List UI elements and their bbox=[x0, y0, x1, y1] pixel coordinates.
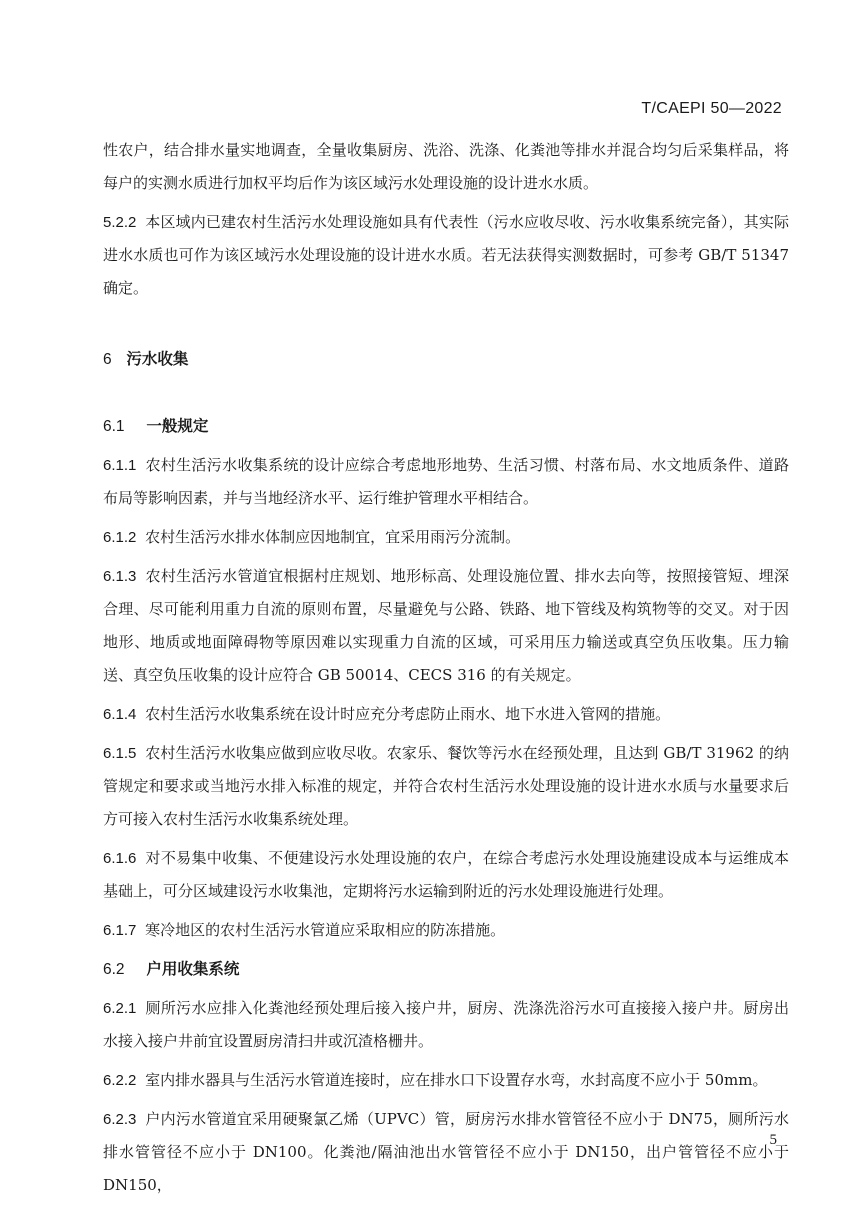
page-number: 5 bbox=[770, 1132, 778, 1149]
clause-text: 本区域内已建农村生活污水处理设施如具有代表性（污水应收尽收、污水收集系统完备），… bbox=[103, 213, 789, 297]
clause-text: 对不易集中收集、不便建设污水处理设施的农户，在综合考虑污水处理设施建设成本与运维… bbox=[103, 849, 789, 900]
clause-6-1-3: 6.1.3 农村生活污水管道宜根据村庄规划、地形标高、处理设施位置、排水去向等，… bbox=[103, 560, 789, 692]
document-body: 性农户，结合排水量实地调查，全量收集厨房、洗浴、洗涤、化粪池等排水并混合均匀后采… bbox=[103, 134, 789, 1208]
clause-6-1-4: 6.1.4 农村生活污水收集系统在设计时应充分考虑防止雨水、地下水进入管网的措施… bbox=[103, 698, 789, 731]
section-title: 一般规定 bbox=[146, 417, 208, 435]
clause-text: 寒冷地区的农村生活污水管道应采取相应的防冻措施。 bbox=[145, 921, 505, 939]
clause-text: 农村生活污水排水体制应因地制宜，宜采用雨污分流制。 bbox=[145, 528, 520, 546]
clause-number: 6.1.1 bbox=[103, 457, 136, 474]
clause-6-1-6: 6.1.6 对不易集中收集、不便建设污水处理设施的农户，在综合考虑污水处理设施建… bbox=[103, 842, 789, 908]
section-title: 户用收集系统 bbox=[146, 960, 239, 978]
clause-number: 6.1.4 bbox=[103, 706, 136, 723]
clause-number: 6.1.2 bbox=[103, 529, 136, 546]
clause-text: 厕所污水应排入化粪池经预处理后接入接户井，厨房、洗涤洗浴污水可直接接入接户井。厨… bbox=[103, 999, 789, 1050]
continuation-paragraph: 性农户，结合排水量实地调查，全量收集厨房、洗浴、洗涤、化粪池等排水并混合均匀后采… bbox=[103, 134, 789, 200]
clause-5-2-2: 5.2.2 本区域内已建农村生活污水处理设施如具有代表性（污水应收尽收、污水收集… bbox=[103, 206, 789, 305]
section-heading-6-1: 6.1 一般规定 bbox=[103, 410, 789, 443]
section-heading-6-2: 6.2 户用收集系统 bbox=[103, 953, 789, 986]
section-heading-6: 6 污水收集 bbox=[103, 343, 789, 376]
clause-6-2-2: 6.2.2 室内排水器具与生活污水管道连接时，应在排水口下设置存水弯，水封高度不… bbox=[103, 1064, 789, 1097]
clause-number: 6.1.7 bbox=[103, 922, 136, 939]
clause-number: 6.2.1 bbox=[103, 1000, 136, 1017]
clause-6-1-5: 6.1.5 农村生活污水收集应做到应收尽收。农家乐、餐饮等污水在经预处理，且达到… bbox=[103, 737, 789, 836]
clause-6-2-3: 6.2.3 户内污水管道宜采用硬聚氯乙烯（UPVC）管，厨房污水排水管管径不应小… bbox=[103, 1103, 789, 1202]
clause-6-1-1: 6.1.1 农村生活污水收集系统的设计应综合考虑地形地势、生活习惯、村落布局、水… bbox=[103, 449, 789, 515]
clause-number: 6.1.5 bbox=[103, 745, 136, 762]
section-number: 6.1 bbox=[103, 410, 141, 443]
clause-number: 6.2.2 bbox=[103, 1072, 136, 1089]
clause-text: 农村生活污水管道宜根据村庄规划、地形标高、处理设施位置、排水去向等，按照接管短、… bbox=[103, 567, 789, 684]
clause-6-2-1: 6.2.1 厕所污水应排入化粪池经预处理后接入接户井，厨房、洗涤洗浴污水可直接接… bbox=[103, 992, 789, 1058]
document-page: T/CAEPI 50—2022 性农户，结合排水量实地调查，全量收集厨房、洗浴、… bbox=[0, 0, 860, 1216]
clause-text: 户内污水管道宜采用硬聚氯乙烯（UPVC）管，厨房污水排水管管径不应小于 DN75… bbox=[103, 1110, 789, 1194]
clause-number: 6.1.6 bbox=[103, 850, 136, 867]
section-number: 6 bbox=[103, 343, 121, 376]
clause-text: 室内排水器具与生活污水管道连接时，应在排水口下设置存水弯，水封高度不应小于 50… bbox=[145, 1071, 767, 1089]
clause-text: 农村生活污水收集系统在设计时应充分考虑防止雨水、地下水进入管网的措施。 bbox=[145, 705, 670, 723]
section-title: 污水收集 bbox=[126, 350, 188, 368]
section-number: 6.2 bbox=[103, 953, 141, 986]
clause-number: 6.2.3 bbox=[103, 1111, 136, 1128]
standard-code-header: T/CAEPI 50—2022 bbox=[641, 100, 782, 118]
clause-number: 6.1.3 bbox=[103, 568, 136, 585]
clause-6-1-2: 6.1.2 农村生活污水排水体制应因地制宜，宜采用雨污分流制。 bbox=[103, 521, 789, 554]
paragraph-text: 性农户，结合排水量实地调查，全量收集厨房、洗浴、洗涤、化粪池等排水并混合均匀后采… bbox=[103, 141, 789, 192]
clause-number: 5.2.2 bbox=[103, 214, 136, 231]
clause-text: 农村生活污水收集应做到应收尽收。农家乐、餐饮等污水在经预处理，且达到 GB/T … bbox=[103, 744, 789, 828]
clause-6-1-7: 6.1.7 寒冷地区的农村生活污水管道应采取相应的防冻措施。 bbox=[103, 914, 789, 947]
clause-text: 农村生活污水收集系统的设计应综合考虑地形地势、生活习惯、村落布局、水文地质条件、… bbox=[103, 456, 789, 507]
